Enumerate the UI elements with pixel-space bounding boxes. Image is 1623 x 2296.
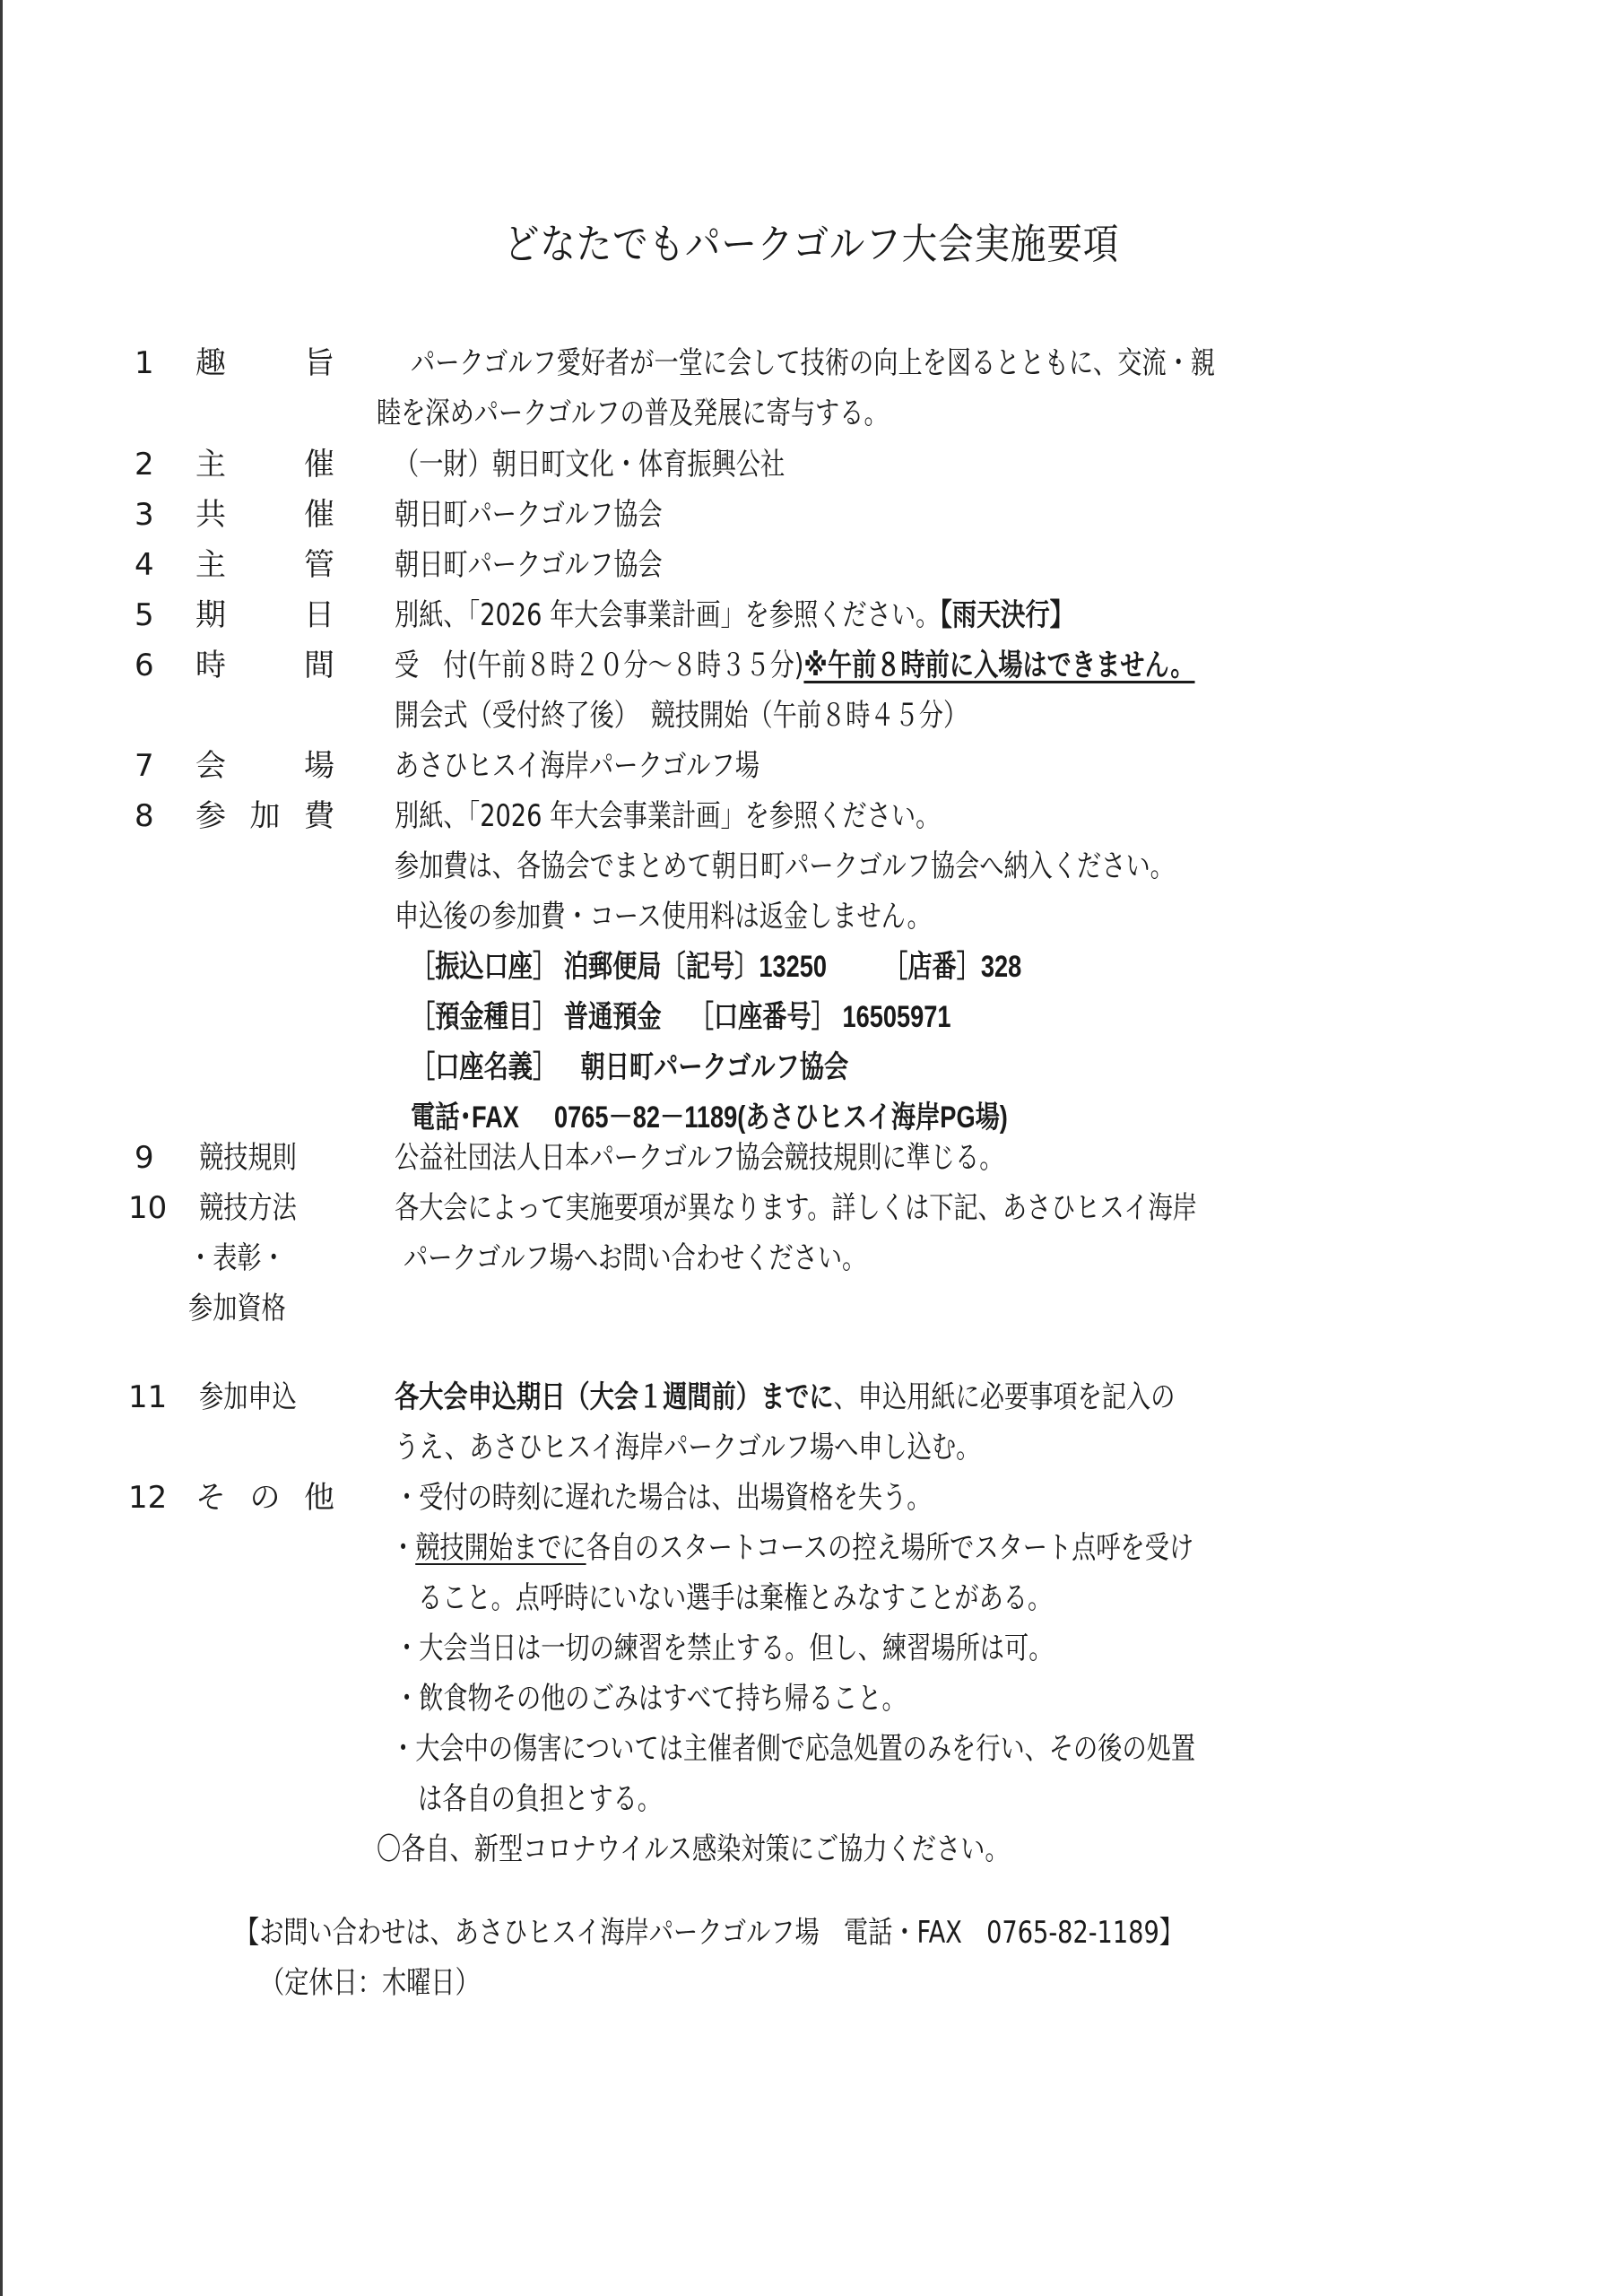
- section-12-number: 12: [128, 1473, 182, 1523]
- section-3-number: 3: [135, 490, 188, 540]
- section-1-label: 趣旨: [195, 338, 339, 388]
- section-9-text: 公益社団法人日本パークゴルフ協会競技規則に準じる。: [395, 1133, 1003, 1183]
- phone-fax-value: 0765－82－1189(あさひヒスイ海岸PG場): [554, 1100, 1008, 1135]
- deposit-type-label: ［預金種目］: [411, 1000, 557, 1034]
- covid-notice: 〇各自、新型コロナウイルス感染対策にご協力ください。: [377, 1824, 1010, 1874]
- phone-fax-label: 電話･FAX: [411, 1100, 519, 1135]
- section-6-reception: 受 付(午前８時２０分～８時３５分)※午前８時前に入場はできません。: [395, 640, 1195, 691]
- section-10-text-line-1: 各大会によって実施要項が異なります。詳しくは下記、あさひヒスイ海岸: [395, 1183, 1197, 1233]
- section-8-text-line-1: 別紙、「2026 年大会事業計画」を参照ください。: [395, 791, 940, 841]
- other-bullet-2-line-1: ・競技開始までに各自のスタートコースの控え場所でスタート点呼を受け: [391, 1523, 1193, 1573]
- bank-transfer-line: ［振込口座］ 泊郵便局〔記号〕13250 ［店番］328: [411, 942, 1021, 992]
- other-bullet-5-line-1: ・大会中の傷害については主催者側で応急処置のみを行い、その後の処置: [391, 1724, 1195, 1774]
- section-10-text-line-2: パークゴルフ場へお問い合わせください。: [404, 1233, 866, 1283]
- branch-label: ［店番］: [883, 950, 981, 984]
- section-6-number: 6: [135, 640, 188, 691]
- section-4-text: 朝日町パークゴルフ協会: [395, 540, 663, 590]
- section-1-number: 1: [135, 338, 188, 388]
- start-deadline-underlined: 競技開始までに: [415, 1530, 586, 1566]
- bank-name-line: ［口座名義］ 朝日町パークゴルフ協会: [411, 1042, 848, 1092]
- section-8-text-line-3: 申込後の参加費・コース使用料は返金しません。: [395, 891, 932, 942]
- contact-info: 【お問い合わせは、あさひヒスイ海岸パークゴルフ場 電話・FAX 0765-82-…: [235, 1908, 1184, 1958]
- section-7-number: 7: [135, 741, 188, 791]
- entry-notice: ※午前８時前に入場はできません。: [803, 648, 1194, 683]
- section-8-label: 参加費: [195, 791, 339, 841]
- account-number-label: ［口座番号］: [690, 1000, 836, 1034]
- closed-day: （定休日：木曜日）: [260, 1958, 480, 2008]
- section-1-text-line-2: 睦を深めパークゴルフの普及発展に寄与する。: [377, 388, 889, 439]
- section-5-label: 期日: [195, 590, 339, 640]
- section-7-label: 会場: [195, 741, 339, 791]
- account-name-value: 朝日町パークゴルフ協会: [581, 1050, 849, 1084]
- section-4-number: 4: [135, 540, 188, 590]
- section-10-label-line-2: ・表彰・: [188, 1233, 303, 1283]
- section-1-text-line-1: パークゴルフ愛好者が一堂に会して技術の向上を図るとともに、交流・親: [411, 338, 1215, 388]
- other-bullet-5-line-2: は各自の負担とする。: [418, 1774, 662, 1824]
- section-11-label: 参加申込: [199, 1372, 314, 1422]
- other-bullet-3: ・大会当日は一切の練習を禁止する。但し、練習場所は可。: [395, 1623, 1053, 1674]
- transfer-account-label: ［振込口座］: [411, 950, 557, 984]
- bank-deposit-line: ［預金種目］ 普通預金 ［口座番号］ 16505971: [411, 992, 950, 1042]
- section-2-label: 主催: [195, 439, 339, 490]
- section-11-text-line-1: 各大会申込期日（大会１週間前）までに、申込用紙に必要事項を記入の: [395, 1372, 1175, 1422]
- scan-edge: [0, 0, 3, 2296]
- section-10-label-line-1: 競技方法: [199, 1183, 314, 1233]
- section-9-label: 競技規則: [199, 1133, 314, 1183]
- branch-value: 328: [981, 950, 1021, 984]
- section-10-number: 10: [128, 1183, 182, 1233]
- other-bullet-4: ・飲食物その他のごみはすべて持ち帰ること。: [395, 1674, 907, 1724]
- account-name-label: ［口座名義］: [411, 1050, 557, 1084]
- account-number-value: 16505971: [842, 1000, 950, 1034]
- section-2-text: （一財）朝日町文化・体育振興公社: [395, 439, 785, 490]
- section-11-text-line-2: うえ、あさひヒスイ海岸パークゴルフ場へ申し込む。: [395, 1422, 980, 1473]
- section-2-number: 2: [135, 439, 188, 490]
- section-3-label: 共催: [195, 490, 339, 540]
- section-9-number: 9: [135, 1133, 188, 1183]
- rain-or-shine-badge: 【雨天決行】: [940, 597, 1074, 633]
- other-bullet-1: ・受付の時刻に遅れた場合は、出場資格を失う。: [395, 1473, 931, 1523]
- deposit-type-value: 普通預金: [564, 1000, 662, 1034]
- section-8-text-line-2: 参加費は、各協会でまとめて朝日町パークゴルフ協会へ納入ください。: [395, 841, 1175, 891]
- document-title: どなたでもパークゴルフ大会実施要項: [114, 212, 1510, 271]
- section-8-number: 8: [135, 791, 188, 841]
- application-deadline: 各大会申込期日（大会１週間前）までに: [395, 1379, 834, 1415]
- section-5-number: 5: [135, 590, 188, 640]
- section-11-number: 11: [128, 1372, 182, 1422]
- section-12-label: その他: [195, 1473, 339, 1523]
- other-bullet-2-line-2: ること。点呼時にいない選手は棄権とみなすことがある。: [418, 1573, 1052, 1623]
- section-10-label-line-3: 参加資格: [188, 1283, 303, 1334]
- section-3-text: 朝日町パークゴルフ協会: [395, 490, 663, 540]
- section-6-label: 時間: [195, 640, 339, 691]
- section-5-text: 別紙、「2026 年大会事業計画」を参照ください。【雨天決行】: [395, 590, 1074, 640]
- section-6-schedule: 開会式（受付終了後） 競技開始（午前８時４５分）: [395, 691, 968, 741]
- section-7-text: あさひヒスイ海岸パークゴルフ場: [395, 741, 759, 791]
- reception-time: 受 付(午前８時２０分～８時３５分): [395, 648, 803, 683]
- section-5-date-ref: 別紙、「2026 年大会事業計画」を参照ください。: [395, 597, 940, 633]
- transfer-account-value: 泊郵便局〔記号〕13250: [564, 950, 827, 984]
- section-4-label: 主管: [195, 540, 339, 590]
